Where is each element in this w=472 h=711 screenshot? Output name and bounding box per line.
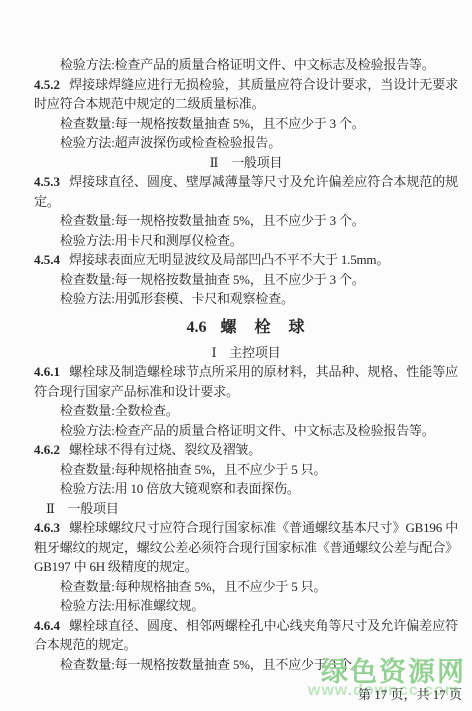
paragraph: 检验方法:检查产品的质量合格证明文件、中文标志及检验报告等。 xyxy=(34,421,458,441)
paragraph: 检查数量:全数检查。 xyxy=(34,401,458,421)
section-number: 4.6.2 xyxy=(34,442,69,457)
section-number: 4.5.2 xyxy=(34,77,69,92)
paragraph: 4.6.1螺栓球及制造螺栓球节点所采用的原材料，其品种、规格、性能等应符合现行国… xyxy=(34,362,458,401)
paragraph: 检查数量:每种规格抽查 5%，且不应少于 5 只。 xyxy=(34,577,458,597)
paragraph: 4.6.3螺栓球螺纹尺寸应符合现行国家标准《普通螺纹基本尺寸》GB196 中粗牙… xyxy=(34,518,458,577)
section-number: 4.6 xyxy=(186,319,220,336)
paragraph: 检验方法:检查产品的质量合格证明文件、中文标志及检验报告等。 xyxy=(34,55,458,75)
paragraph: Ⅰ 主控项目 xyxy=(34,343,458,363)
paragraph: 检验方法:用弧形套模、卡尺和观察检查。 xyxy=(34,289,458,309)
paragraph: Ⅱ 一般项目 xyxy=(34,153,458,173)
page-number: 第 17 页，共 17 页 xyxy=(358,687,462,702)
section-heading: 4.6螺 栓 球 xyxy=(34,317,458,339)
paragraph: 4.5.4焊接球表面应无明显波纹及局部凹凸不平不大于 1.5mm。 xyxy=(34,250,458,270)
paragraph: 4.6.2螺栓球不得有过烧、裂纹及褶皱。 xyxy=(34,440,458,460)
section-number: 4.5.3 xyxy=(34,174,69,189)
paragraph: 检验方法:用卡尺和测厚仪检查。 xyxy=(34,231,458,251)
paragraph: 检验方法:用标准螺纹规。 xyxy=(34,596,458,616)
paragraph: 检查数量:每一规格按数量抽查 5%，且不应少于 3 个。 xyxy=(34,270,458,290)
section-number: 4.6.3 xyxy=(34,520,69,535)
document-page: 检验方法:检查产品的质量合格证明文件、中文标志及检验报告等。4.5.2焊接球焊缝… xyxy=(0,0,472,711)
section-number: 4.6.1 xyxy=(34,364,69,379)
section-number: 4.6.4 xyxy=(34,618,69,633)
paragraph: 检验方法:用 10 倍放大镜观察和表面探伤。 xyxy=(34,479,458,499)
paragraph: Ⅱ 一般项目 xyxy=(34,499,458,519)
document-body: 检验方法:检查产品的质量合格证明文件、中文标志及检验报告等。4.5.2焊接球焊缝… xyxy=(34,55,458,674)
section-number: 4.5.4 xyxy=(34,252,69,267)
paragraph: 4.5.3焊接球直径、圆度、壁厚减薄量等尺寸及允许偏差应符合本规范的规定。 xyxy=(34,172,458,211)
paragraph: 检查数量:每一规格按数量抽查 5%，且不应少于 3 个。 xyxy=(34,114,458,134)
paragraph: 检验方法:超声波探伤或检查检验报告。 xyxy=(34,133,458,153)
paragraph: 4.6.4螺栓球直径、圆度、相邻两螺栓孔中心线夹角等尺寸及允许偏差应符合本规范的… xyxy=(34,616,458,655)
paragraph: 检查数量:每一规格按数量抽查 5%，且不应少于 3 个。 xyxy=(34,211,458,231)
paragraph: 检查数量:每种规格抽查 5%，且不应少于 5 只。 xyxy=(34,460,458,480)
paragraph: 4.5.2焊接球焊缝应进行无损检验，其质量应符合设计要求，当设计无要求时应符合本… xyxy=(34,75,458,114)
